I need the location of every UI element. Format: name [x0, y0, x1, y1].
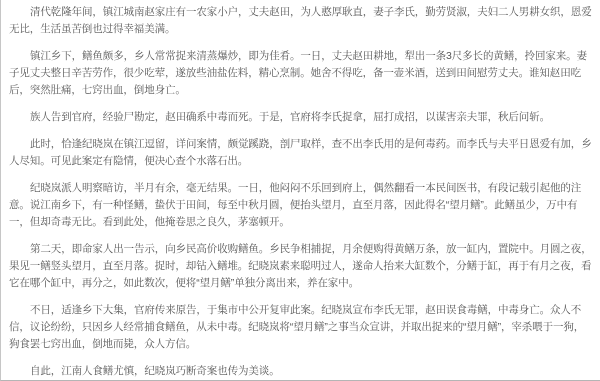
article-paragraph-4: 此时，恰逢纪晓岚在镇江逗留，详问案情，颇觉蹊跷，剖尸取样，查不出李氏用的是何毒药… — [9, 136, 592, 170]
article-paragraph-8: 自此，江南人食鳝尤慎，纪晓岚巧断奇案也传为美谈。 — [9, 363, 592, 380]
article-paragraph-6: 第二天，即命家人出一告示，向乡民高价收购鳝鱼。乡民争相捕捉，月余便购得黄鳝万条，… — [9, 241, 592, 292]
article-paragraph-5: 纪晓岚派人明察暗访，半月有余，毫无结果。一日，他闷闷不乐回到府上，偶然翻看一本民… — [9, 180, 592, 231]
article-body: 清代乾隆年间，镇江城南赵家庄有一农家小户，丈夫赵田，为人憨厚耿直，妻子李氏，勤劳… — [9, 4, 592, 380]
article-paragraph-7: 不日，适逢乡下大集，官府传来原告，于集市中公开复审此案。纪晓岚宣布李氏无罪，赵田… — [9, 302, 592, 353]
article-paragraph-3: 族人告到官府，经验尸勘定，赵田确系中毒而死。于是，官府将李氏捉拿，屈打成招，以谋… — [9, 109, 592, 126]
article-paragraph-2: 镇江乡下，鳝鱼颇多，乡人常常捉来清蒸爆炒，即为佳肴。一日，丈夫赵田耕地，犁出一条… — [9, 48, 592, 99]
article-page: 清代乾隆年间，镇江城南赵家庄有一农家小户，丈夫赵田，为人憨厚耿直，妻子李氏，勤劳… — [0, 0, 600, 381]
article-paragraph-1: 清代乾隆年间，镇江城南赵家庄有一农家小户，丈夫赵田，为人憨厚耿直，妻子李氏，勤劳… — [9, 4, 592, 38]
